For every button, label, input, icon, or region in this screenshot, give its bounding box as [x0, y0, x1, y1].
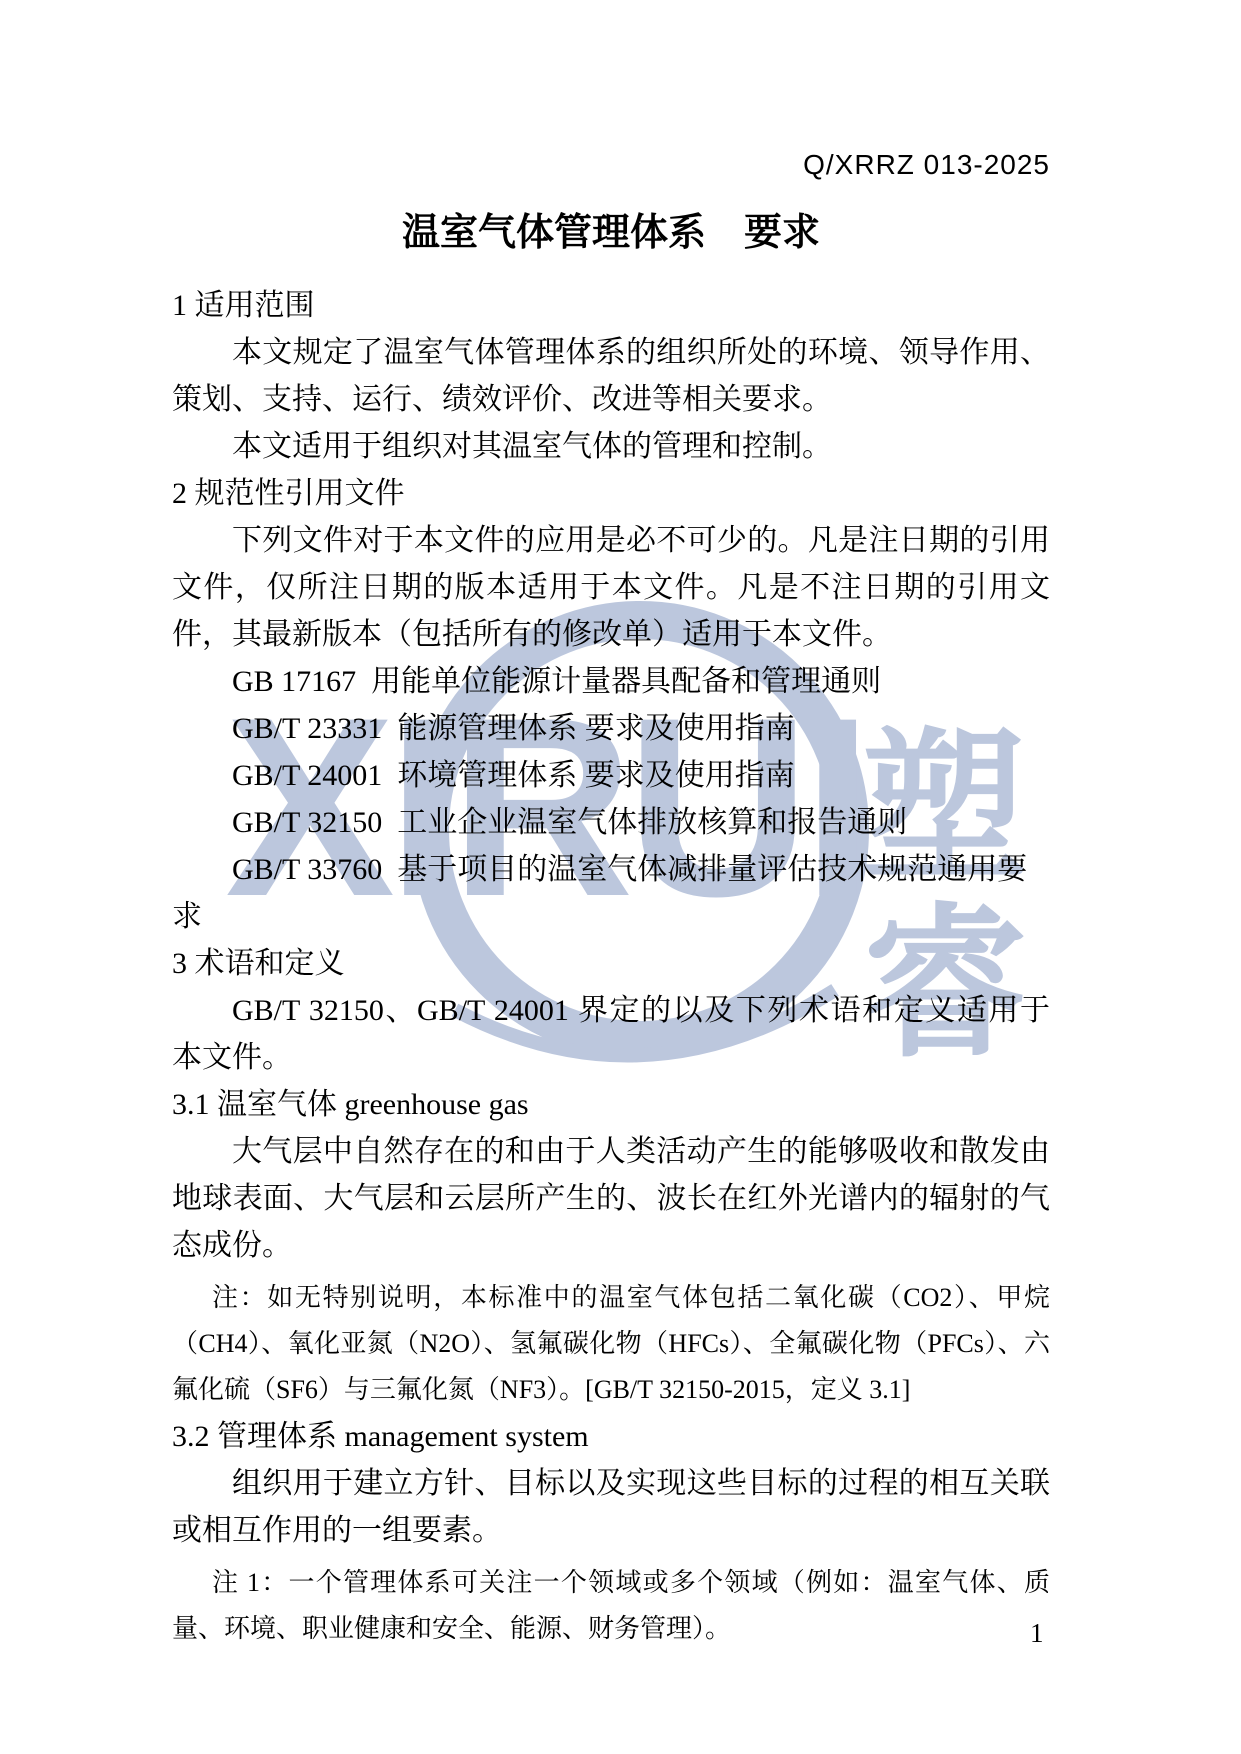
section-heading: 2 规范性引用文件 — [172, 470, 1050, 517]
paragraph: 本文适用于组织对其温室气体的管理和控制。 — [172, 423, 1050, 470]
page-number: 1 — [1030, 1618, 1044, 1648]
note-text: 注：如无特别说明，本标准中的温室气体包括二氧化碳（CO2）、甲烷（CH4）、氧化… — [172, 1275, 1050, 1413]
section-heading: 3 术语和定义 — [172, 940, 1050, 987]
section-heading: 3.1 温室气体 greenhouse gas — [172, 1081, 1050, 1128]
paragraph: 下列文件对于本文件的应用是必不可少的。凡是注日期的引用文件，仅所注日期的版本适用… — [172, 517, 1050, 658]
note-text: 注 1：一个管理体系可关注一个领域或多个领域（例如：温室气体、质量、环境、职业健… — [172, 1560, 1050, 1652]
reference-item: GB/T 24001 环境管理体系 要求及使用指南 — [172, 752, 1050, 799]
document-page: XIRUI 塑睿 Q/XRRZ 013-2025 温室气体管理体系 要求 1 适… — [0, 0, 1241, 1754]
paragraph: GB/T 32150、GB/T 24001 界定的以及下列术语和定义适用于本文件… — [172, 987, 1050, 1081]
paragraph: 本文规定了温室气体管理体系的组织所处的环境、领导作用、策划、支持、运行、绩效评价… — [172, 329, 1050, 423]
document-content: Q/XRRZ 013-2025 温室气体管理体系 要求 1 适用范围本文规定了温… — [172, 150, 1050, 1652]
reference-item: GB/T 32150 工业企业温室气体排放核算和报告通则 — [172, 799, 1050, 846]
paragraph: 组织用于建立方针、目标以及实现这些目标的过程的相互关联或相互作用的一组要素。 — [172, 1460, 1050, 1554]
paragraph: 大气层中自然存在的和由于人类活动产生的能够吸收和散发由地球表面、大气层和云层所产… — [172, 1128, 1050, 1269]
reference-item: GB/T 33760 基于项目的温室气体减排量评估技术规范通用要求 — [172, 846, 1050, 940]
reference-item: GB 17167 用能单位能源计量器具配备和管理通则 — [172, 658, 1050, 705]
reference-item: GB/T 23331 能源管理体系 要求及使用指南 — [172, 705, 1050, 752]
section-heading: 1 适用范围 — [172, 282, 1050, 329]
section-heading: 3.2 管理体系 management system — [172, 1413, 1050, 1460]
document-body: 1 适用范围本文规定了温室气体管理体系的组织所处的环境、领导作用、策划、支持、运… — [172, 282, 1050, 1652]
standard-code: Q/XRRZ 013-2025 — [172, 150, 1050, 180]
document-title: 温室气体管理体系 要求 — [172, 210, 1050, 256]
